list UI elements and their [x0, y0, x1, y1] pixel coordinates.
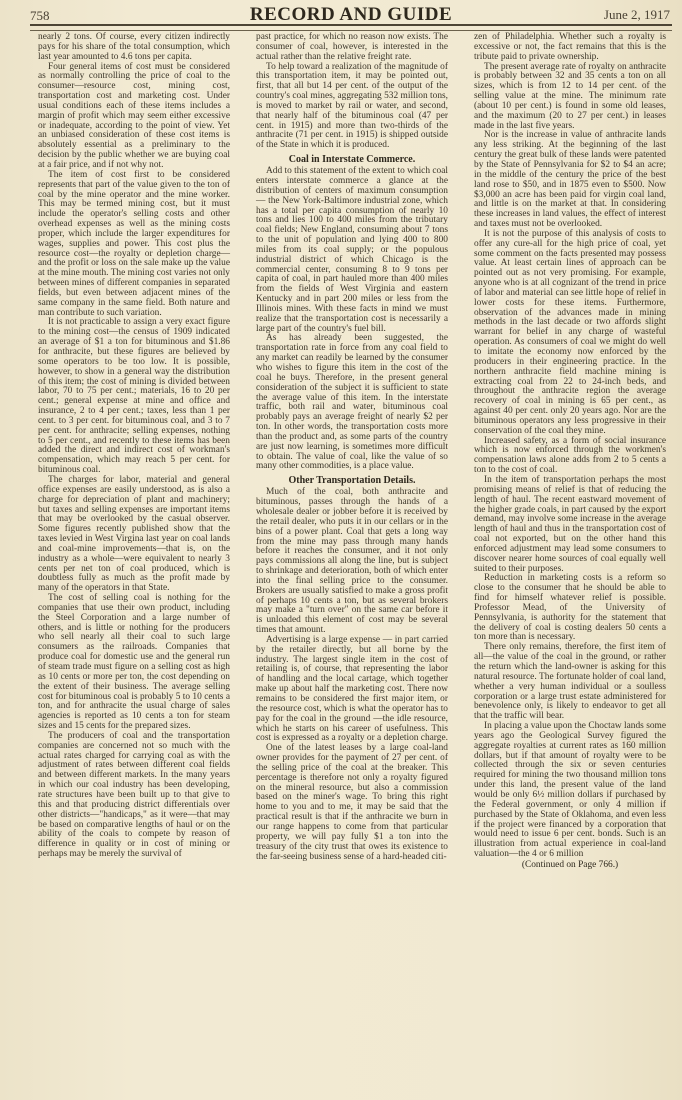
paragraph: As has already been suggested, the trans… [256, 334, 448, 472]
paragraph: past practice, for which no reason now e… [256, 33, 448, 63]
paragraph: The charges for labor, material and gene… [38, 476, 230, 594]
paragraph: The cost of selling coal is nothing for … [38, 594, 230, 732]
paragraph: nearly 2 tons. Of course, every citizen … [38, 33, 230, 63]
column-2: past practice, for which no reason now e… [256, 33, 448, 862]
paragraph: Reduction in marketing costs is a reform… [474, 574, 666, 643]
paragraph: To help toward a realization of the magn… [256, 63, 448, 152]
issue-date: June 2, 1917 [604, 7, 670, 23]
column-3: zen of Philadelphia. Whether such a roya… [474, 33, 666, 871]
paragraph: It is not the purpose of this analysis o… [474, 230, 666, 437]
article-body: nearly 2 tons. Of course, every citizen … [38, 33, 676, 1083]
paragraph: Add to this statement of the extent to w… [256, 167, 448, 334]
masthead: 758 RECORD AND GUIDE June 2, 1917 [30, 4, 672, 26]
subheading-transportation-details: Other Transportation Details. [256, 475, 448, 486]
paragraph: In placing a value upon the Choctaw land… [474, 722, 666, 860]
paragraph: Nor is the increase in value of anthraci… [474, 131, 666, 229]
paragraph: In the item of transportation perhaps th… [474, 476, 666, 574]
paragraph: Four general items of cost must be consi… [38, 63, 230, 171]
publication-title: RECORD AND GUIDE [30, 4, 672, 26]
paragraph: Much of the coal, both anthracite and bi… [256, 488, 448, 636]
masthead-rule [30, 24, 672, 31]
paragraph: There only remains, therefore, the first… [474, 643, 666, 722]
paragraph: The item of cost first to be considered … [38, 171, 230, 319]
paragraph: The present average rate of royalty on a… [474, 63, 666, 132]
paragraph: The producers of coal and the transporta… [38, 732, 230, 860]
continued-note: (Continued on Page 766.) [474, 861, 666, 871]
column-1: nearly 2 tons. Of course, every citizen … [38, 33, 230, 860]
paragraph: Increased safety, as a form of social in… [474, 437, 666, 476]
subheading-interstate-commerce: Coal in Interstate Commerce. [256, 154, 448, 165]
newspaper-page: 758 RECORD AND GUIDE June 2, 1917 nearly… [0, 0, 682, 1100]
paragraph: zen of Philadelphia. Whether such a roya… [474, 33, 666, 63]
paragraph: It is not practicable to assign a very e… [38, 318, 230, 476]
paragraph: Advertising is a large expense — in part… [256, 636, 448, 744]
paragraph: One of the latest leases by a large coal… [256, 744, 448, 862]
